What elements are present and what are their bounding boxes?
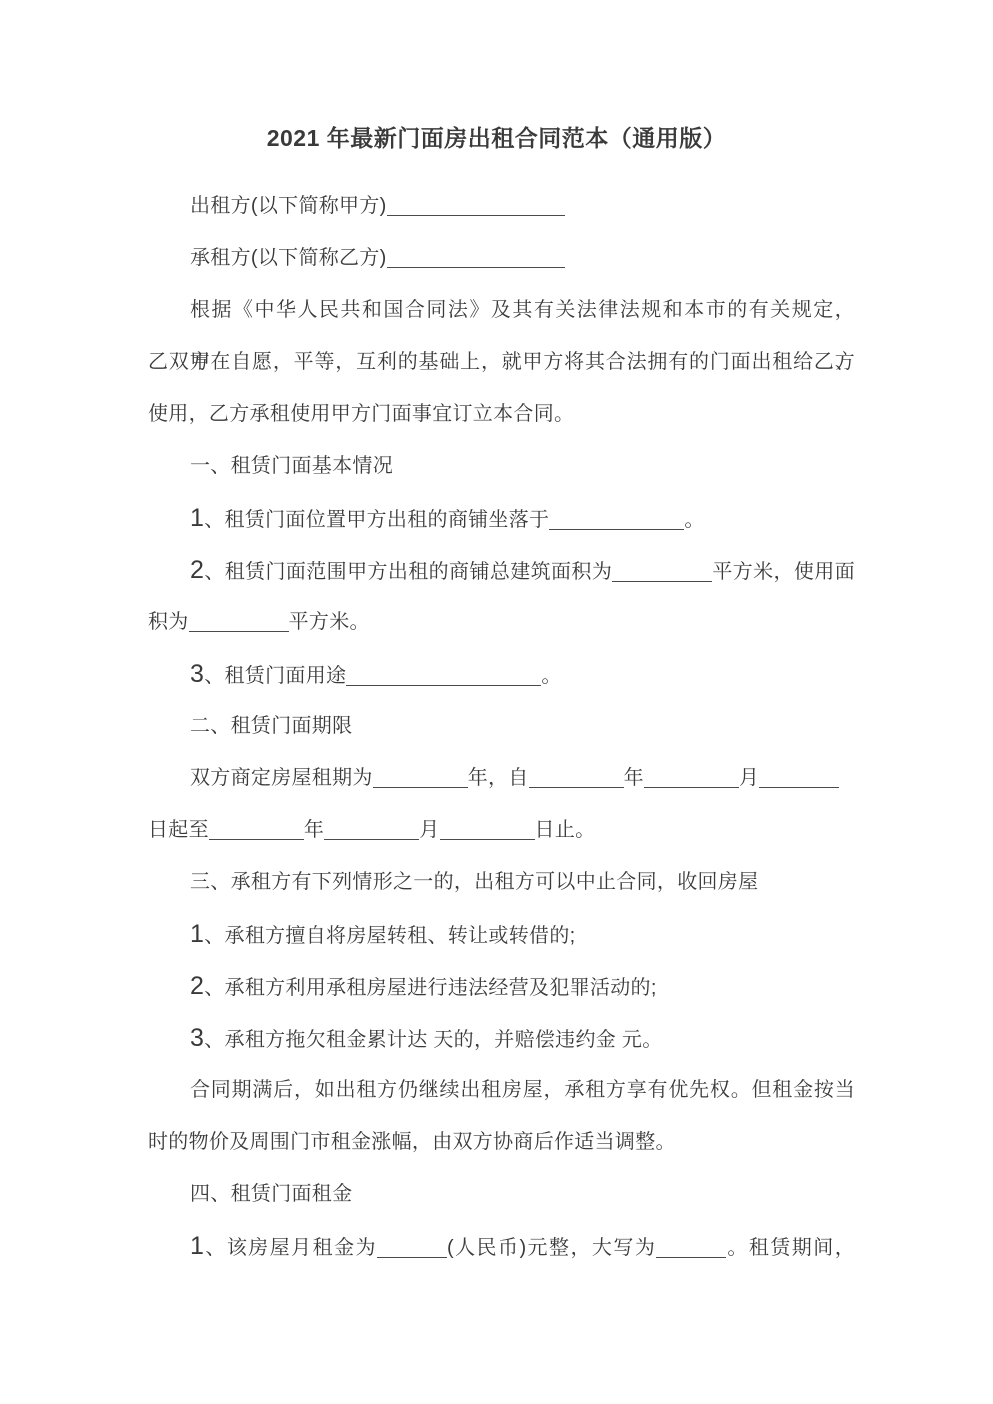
text-run: 双方商定房屋租期为	[190, 767, 373, 789]
text-run: 年	[624, 767, 644, 789]
text-run: 积为	[148, 611, 189, 633]
text-line: 2、承租方利用承租房屋进行违法经营及犯罪活动的;	[148, 960, 855, 1012]
text-run: 使用，乙方承租使用甲方门面事宜订立本合同。	[148, 403, 574, 425]
text-run: 月	[419, 819, 439, 841]
text-run: 、承租方拖欠租金累计达 天的，并赔偿违约金 元。	[204, 1029, 662, 1051]
text-line: 1、承租方擅自将房屋转租、转让或转借的;	[148, 908, 855, 960]
text-run: 承租方(以下简称乙方)	[190, 247, 387, 269]
fill-in-blank	[209, 821, 304, 840]
text-run: 一、租赁门面基本情况	[190, 455, 393, 477]
list-number: 2	[190, 556, 204, 584]
text-run: 。	[541, 665, 561, 687]
text-run: 、租赁门面范围甲方出租的商铺总建筑面积为	[204, 561, 612, 583]
text-run: 乙双方在自愿，平等，互利的基础上，就甲方将其合法拥有的门面出租给乙方	[148, 351, 855, 373]
text-run: 三、承租方有下列情形之一的，出租方可以中止合同，收回房屋	[190, 871, 758, 893]
document-body: 出租方(以下简称甲方)承租方(以下简称乙方)根据《中华人民共和国合同法》及其有关…	[0, 180, 993, 1272]
fill-in-blank	[373, 769, 468, 788]
text-run: 时的物价及周围门市租金涨幅，由双方协商后作适当调整。	[148, 1131, 676, 1153]
text-line: 根据《中华人民共和国合同法》及其有关法律法规和本市的有关规定，甲、	[148, 284, 855, 336]
text-line: 四、租赁门面租金	[148, 1168, 855, 1220]
fill-in-blank	[656, 1239, 726, 1258]
fill-in-blank	[377, 1239, 447, 1258]
text-run: 平方米。	[289, 611, 370, 633]
text-line: 乙双方在自愿，平等，互利的基础上，就甲方将其合法拥有的门面出租给乙方	[148, 336, 855, 388]
fill-in-blank	[644, 769, 739, 788]
text-run: 日起至	[148, 819, 209, 841]
text-line: 2、租赁门面范围甲方出租的商铺总建筑面积为平方米，使用面	[148, 544, 855, 596]
text-line: 一、租赁门面基本情况	[148, 440, 855, 492]
text-run: 、该房屋月租金为	[204, 1237, 377, 1259]
text-run: 平方米，使用面	[712, 561, 855, 583]
text-run: 、租赁门面用途	[204, 665, 346, 687]
text-line: 时的物价及周围门市租金涨幅，由双方协商后作适当调整。	[148, 1116, 855, 1168]
text-run: 二、租赁门面期限	[190, 715, 352, 737]
text-line: 1、租赁门面位置甲方出租的商铺坐落于。	[148, 492, 855, 544]
text-line: 出租方(以下简称甲方)	[148, 180, 855, 232]
text-run: 年，自	[468, 767, 529, 789]
fill-in-blank	[387, 249, 565, 268]
fill-in-blank	[759, 769, 839, 788]
text-run: 出租方(以下简称甲方)	[190, 195, 387, 217]
text-run: 合同期满后，如出租方仍继续出租房屋，承租方享有优先权。但租金按当	[190, 1079, 855, 1101]
text-line: 二、租赁门面期限	[148, 700, 855, 752]
text-run: 四、租赁门面租金	[190, 1183, 352, 1205]
list-number: 1	[190, 1232, 204, 1260]
fill-in-blank	[529, 769, 624, 788]
text-line: 三、承租方有下列情形之一的，出租方可以中止合同，收回房屋	[148, 856, 855, 908]
text-run: 、租赁门面位置甲方出租的商铺坐落于	[204, 509, 549, 531]
fill-in-blank	[324, 821, 419, 840]
list-number: 2	[190, 972, 204, 1000]
fill-in-blank	[387, 197, 565, 216]
text-run: 日止。	[535, 819, 596, 841]
document-title: 2021 年最新门面房出租合同范本（通用版）	[60, 116, 933, 160]
list-number: 3	[190, 660, 204, 688]
text-run: 月	[739, 767, 759, 789]
fill-in-blank	[346, 667, 541, 686]
text-run: 年	[304, 819, 324, 841]
text-run: 。	[684, 509, 704, 531]
list-number: 3	[190, 1024, 204, 1052]
text-line: 双方商定房屋租期为年，自年月	[148, 752, 855, 804]
text-line: 1、该房屋月租金为(人民币)元整，大写为。租赁期间，	[148, 1220, 855, 1272]
text-line: 积为平方米。	[148, 596, 855, 648]
list-number: 1	[190, 920, 204, 948]
text-line: 使用，乙方承租使用甲方门面事宜订立本合同。	[148, 388, 855, 440]
text-line: 合同期满后，如出租方仍继续出租房屋，承租方享有优先权。但租金按当	[148, 1064, 855, 1116]
text-run: (人民币)元整，大写为	[447, 1237, 656, 1259]
list-number: 1	[190, 504, 204, 532]
text-line: 3、承租方拖欠租金累计达 天的，并赔偿违约金 元。	[148, 1012, 855, 1064]
fill-in-blank	[440, 821, 535, 840]
text-line: 3、租赁门面用途。	[148, 648, 855, 700]
text-run: 。租赁期间，	[726, 1237, 855, 1259]
document-page: 2021 年最新门面房出租合同范本（通用版） 出租方(以下简称甲方)承租方(以下…	[0, 0, 993, 1404]
fill-in-blank	[612, 563, 712, 582]
fill-in-blank	[189, 613, 289, 632]
text-line: 承租方(以下简称乙方)	[148, 232, 855, 284]
text-line: 日起至年月日止。	[148, 804, 855, 856]
text-run: 、承租方利用承租房屋进行违法经营及犯罪活动的;	[204, 977, 656, 999]
fill-in-blank	[549, 511, 684, 530]
text-run: 、承租方擅自将房屋转租、转让或转借的;	[204, 925, 575, 947]
